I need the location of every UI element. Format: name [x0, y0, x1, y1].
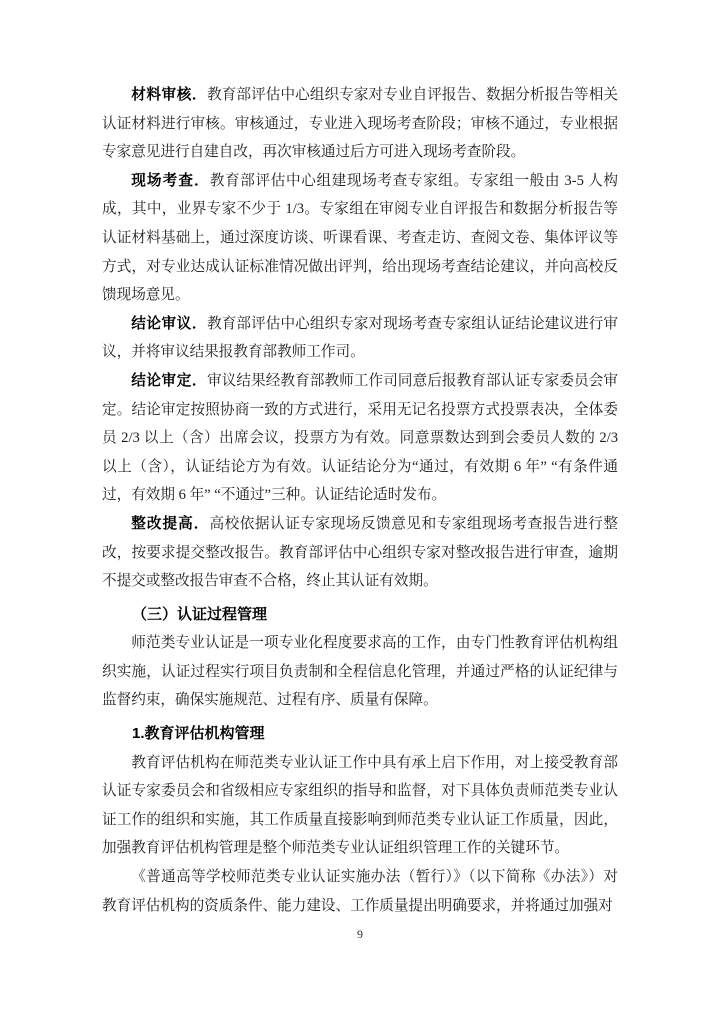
paragraph-measures-requirements: 《普通高等学校师范类专业认证实施办法（暂行）》（以下简称《办法》）对教育评估机构…: [102, 863, 618, 920]
paragraph-text: 审议结果经教育部教师工作司同意后报教育部认证专家委员会审定。结论审定按照协商一致…: [102, 373, 618, 503]
paragraph-conclusion-deliberation: 结论审议．教育部评估中心组织专家对现场考查专家组认证结论建议进行审议，并将审议结…: [102, 310, 618, 367]
sub-heading-evaluation-agency-management: 1.教育评估机构管理: [102, 720, 618, 749]
run-in-heading-conclusion-deliberation: 结论审议．: [131, 316, 207, 332]
paragraph-site-visit: 现场考查．教育部评估中心组建现场考查专家组。专家组一般由 3-5 人构成，其中，…: [102, 167, 618, 310]
paragraph-agency-role: 教育评估机构在师范类专业认证工作中具有承上启下作用，对上接受教育部认证专家委员会…: [102, 749, 618, 863]
run-in-heading-site-visit: 现场考查．: [131, 173, 210, 189]
document-page: 材料审核．教育部评估中心组织专家对专业自评报告、数据分析报告等相关认证材料进行审…: [0, 0, 720, 1018]
run-in-heading-material-review: 材料审核．: [131, 87, 207, 103]
paragraph-material-review: 材料审核．教育部评估中心组织专家对专业自评报告、数据分析报告等相关认证材料进行审…: [102, 81, 618, 167]
run-in-heading-rectification: 整改提高．: [131, 516, 209, 532]
run-in-heading-conclusion-approval: 结论审定．: [131, 373, 207, 389]
section-heading-certification-process-management: （三）认证过程管理: [102, 601, 618, 630]
page-number: 9: [0, 926, 720, 942]
paragraph-section-intro: 师范类专业认证是一项专业化程度要求高的工作，由专门性教育评估机构组织实施，认证过…: [102, 629, 618, 715]
paragraph-conclusion-approval: 结论审定．审议结果经教育部教师工作司同意后报教育部认证专家委员会审定。结论审定按…: [102, 367, 618, 510]
paragraph-text: 教育部评估中心组建现场考查专家组。专家组一般由 3-5 人构成，其中，业界专家不…: [102, 173, 618, 303]
paragraph-rectification: 整改提高．高校依据认证专家现场反馈意见和专家组现场考查报告进行整改，按要求提交整…: [102, 510, 618, 596]
